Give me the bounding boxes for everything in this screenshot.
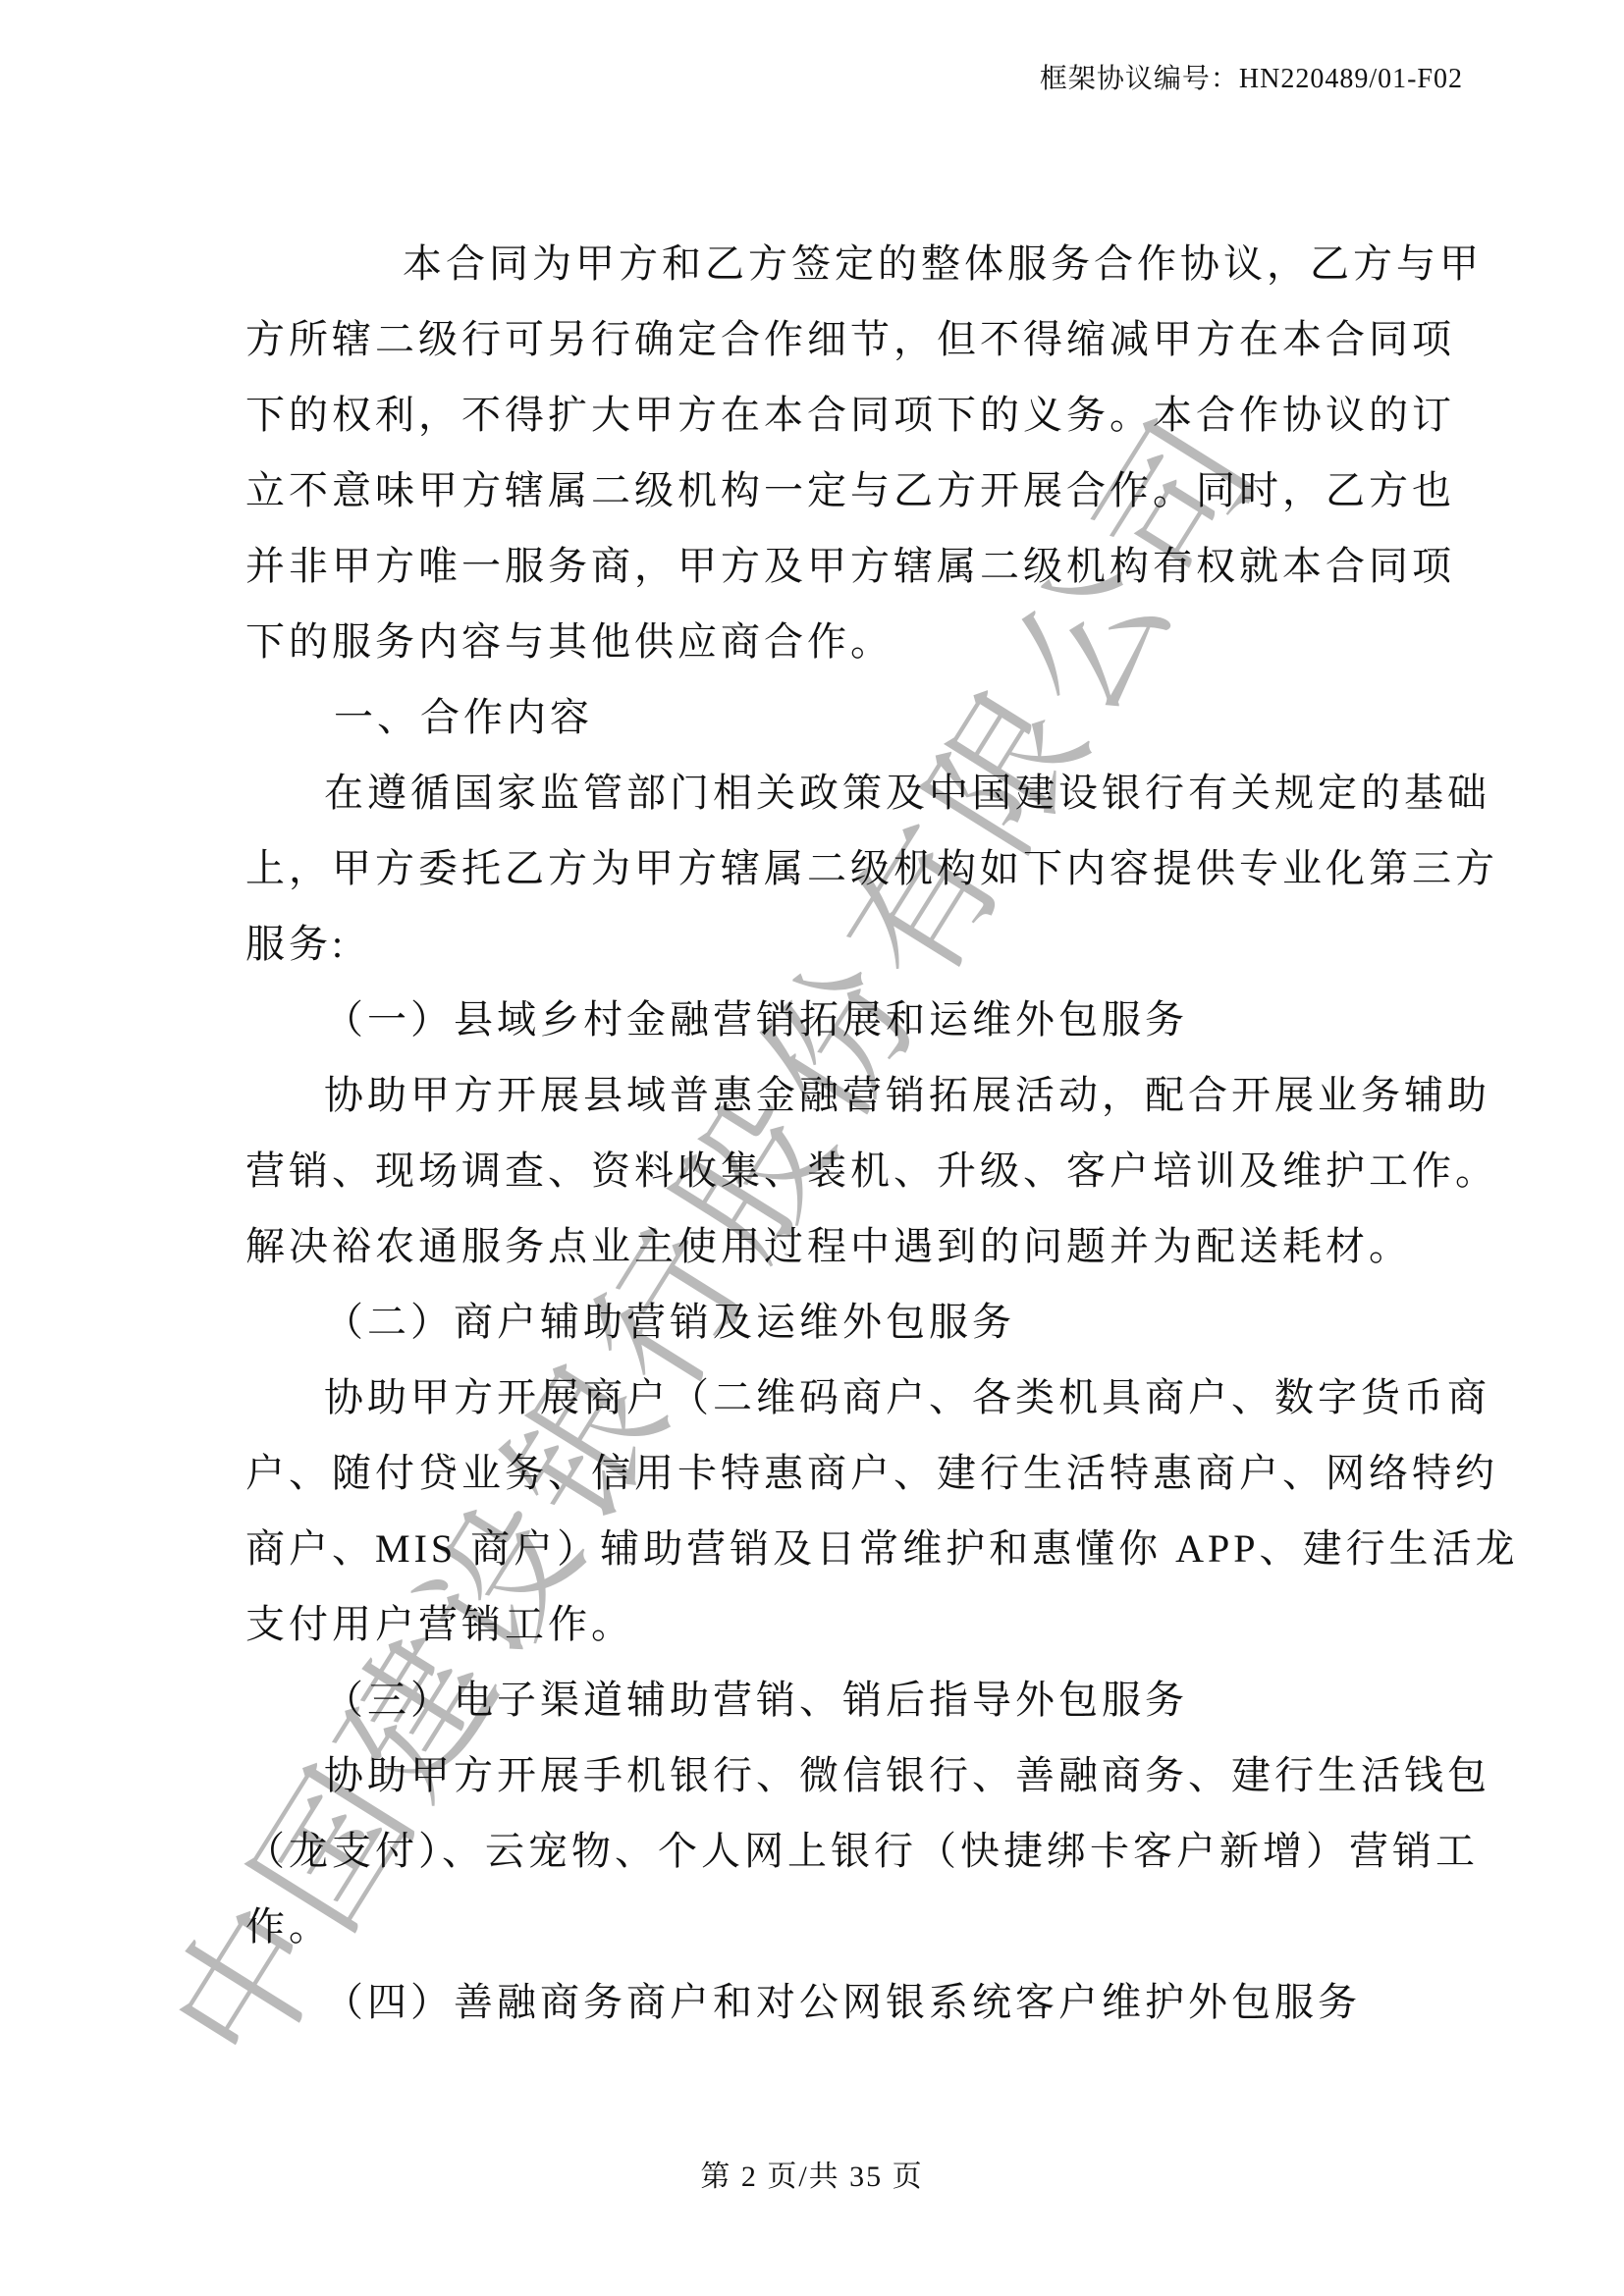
- body-line: 本合同为甲方和乙方签定的整体服务合作协议，乙方与甲: [245, 226, 1473, 301]
- document-page: 中国建设银行股份有限公司 框架协议编号：HN220489/01-F02 本合同为…: [0, 0, 1624, 2296]
- body-line: 商户、MIS 商户）辅助营销及日常维护和惠懂你 APP、建行生活龙: [245, 1511, 1473, 1586]
- page-footer: 第 2 页/共 35 页: [0, 2152, 1624, 2195]
- body-line: 方所辖二级行可另行确定合作细节，但不得缩减甲方在本合同项: [245, 301, 1473, 377]
- body-line: 支付用户营销工作。: [245, 1586, 1473, 1662]
- body-line: 作。: [245, 1889, 1473, 1964]
- body-line: （一）县域乡村金融营销拓展和运维外包服务: [245, 982, 1473, 1057]
- body-line: 一、合作内容: [245, 679, 1473, 755]
- body-line: 协助甲方开展手机银行、微信银行、善融商务、建行生活钱包: [245, 1737, 1473, 1813]
- body-line: 下的权利，不得扩大甲方在本合同项下的义务。本合作协议的订: [245, 377, 1473, 453]
- body-line: （四）善融商务商户和对公网银系统客户维护外包服务: [245, 1964, 1473, 2040]
- body-line: 立不意味甲方辖属二级机构一定与乙方开展合作。同时，乙方也: [245, 453, 1473, 528]
- agreement-number-header: 框架协议编号：HN220489/01-F02: [161, 57, 1463, 96]
- body-line: 服务:: [245, 906, 1473, 982]
- document-body: 本合同为甲方和乙方签定的整体服务合作协议，乙方与甲方所辖二级行可另行确定合作细节…: [245, 226, 1473, 2040]
- body-line: 并非甲方唯一服务商，甲方及甲方辖属二级机构有权就本合同项: [245, 528, 1473, 604]
- body-line: （二）商户辅助营销及运维外包服务: [245, 1284, 1473, 1360]
- body-line: 上，甲方委托乙方为甲方辖属二级机构如下内容提供专业化第三方: [245, 830, 1473, 906]
- body-line: 协助甲方开展商户（二维码商户、各类机具商户、数字货币商: [245, 1360, 1473, 1435]
- body-line: （三）电子渠道辅助营销、销后指导外包服务: [245, 1662, 1473, 1737]
- body-line: 在遵循国家监管部门相关政策及中国建设银行有关规定的基础: [245, 755, 1473, 830]
- body-line: 营销、现场调查、资料收集、装机、升级、客户培训及维护工作。: [245, 1133, 1473, 1208]
- body-line: 解决裕农通服务点业主使用过程中遇到的问题并为配送耗材。: [245, 1208, 1473, 1284]
- body-line: 下的服务内容与其他供应商合作。: [245, 604, 1473, 679]
- body-line: 户、随付贷业务、信用卡特惠商户、建行生活特惠商户、网络特约: [245, 1435, 1473, 1511]
- body-line: （龙支付）、云宠物、个人网上银行（快捷绑卡客户新增）营销工: [245, 1813, 1473, 1889]
- agreement-number-value: HN220489/01-F02: [1239, 64, 1463, 94]
- agreement-number-label: 框架协议编号：: [1040, 64, 1239, 94]
- body-line: 协助甲方开展县域普惠金融营销拓展活动，配合开展业务辅助: [245, 1057, 1473, 1133]
